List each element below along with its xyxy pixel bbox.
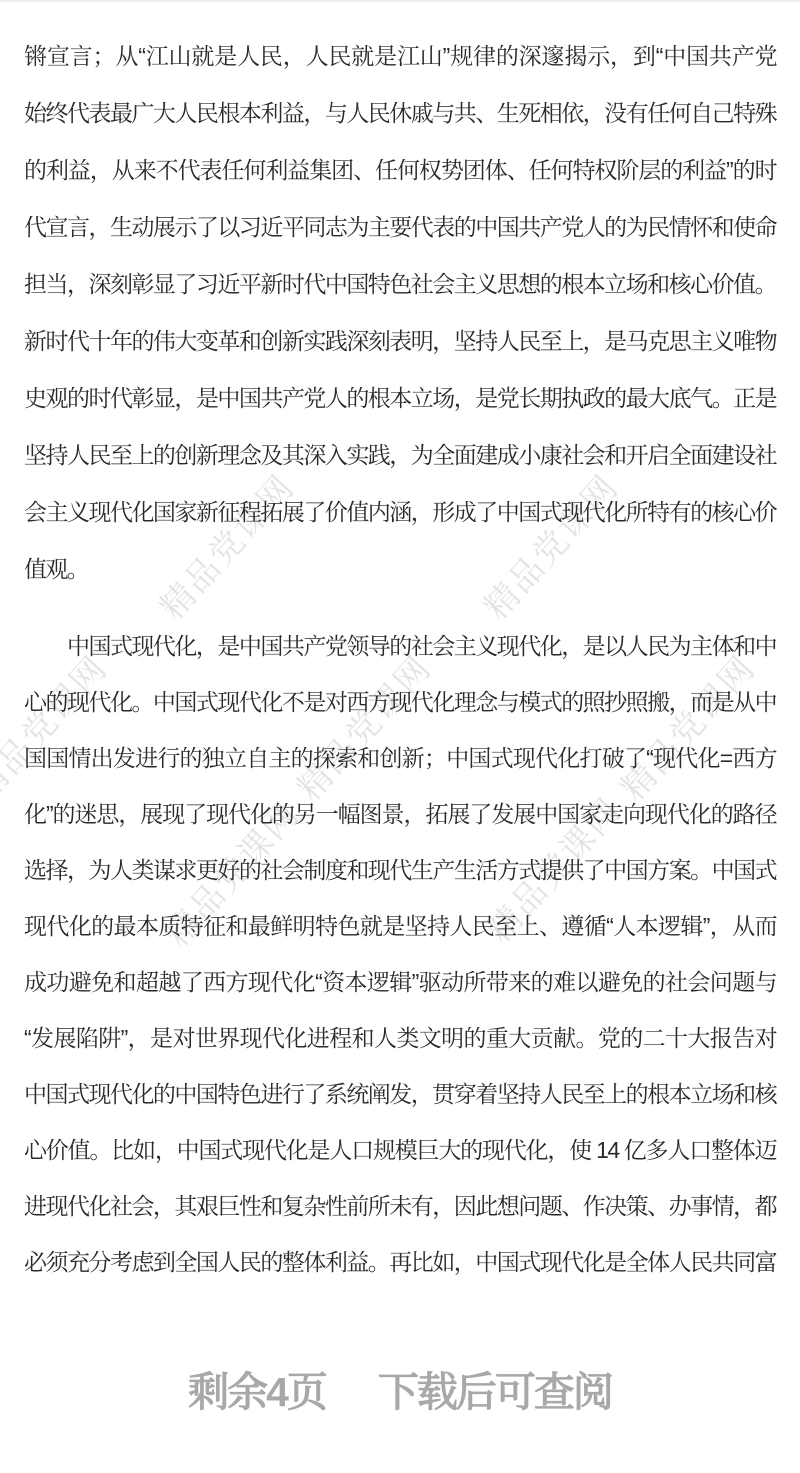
text-line: 现代化的最本质特征和最鲜明特色就是坚持人民至上、遵循“人本逻辑”，从而 <box>24 898 776 954</box>
text-line: 担当，深刻彰显了习近平新时代中国特色社会主义思想的根本立场和核心价值。 <box>24 256 776 313</box>
text-line: 必须充分考虑到全国人民的整体利益。再比如，中国式现代化是全体人民共同富 <box>24 1234 776 1290</box>
text-line: 会主义现代化国家新征程拓展了价值内涵，形成了中国式现代化所特有的核心价 <box>24 484 776 541</box>
remaining-pages-notice: 剩余4页 下载后可查阅 <box>0 1366 800 1418</box>
page-top-border <box>0 0 800 2</box>
text-line: 化”的迷思，展现了现代化的另一幅图景，拓展了发展中国家走向现代化的路径 <box>24 786 776 842</box>
paragraph-2: 中国式现代化，是中国共产党领导的社会主义现代化，是以人民为主体和中心的现代化。中… <box>24 618 776 1290</box>
download-hint-label: 下载后可查阅 <box>378 1366 612 1418</box>
text-line: “发展陷阱”，是对世界现代化进程和人类文明的重大贡献。党的二十大报告对 <box>24 1010 776 1066</box>
text-line: 心价值。比如，中国式现代化是人口规模巨大的现代化，使 14 亿多人口整体迈 <box>24 1122 776 1178</box>
text-line: 新时代十年的伟大变革和创新实践深刻表明，坚持人民至上，是马克思主义唯物 <box>24 313 776 370</box>
text-line: 中国式现代化的中国特色进行了系统阐发，贯穿着坚持人民至上的根本立场和核 <box>24 1066 776 1122</box>
text-line: 代宣言，生动展示了以习近平同志为主要代表的中国共产党人的为民情怀和使命 <box>24 199 776 256</box>
text-line: 的利益，从来不代表任何利益集团、任何权势团体、任何特权阶层的利益”的时 <box>24 142 776 199</box>
text-line: 史观的时代彰显，是中国共产党人的根本立场，是党长期执政的最大底气。正是 <box>24 370 776 427</box>
text-line: 心的现代化。中国式现代化不是对西方现代化理念与模式的照抄照搬，而是从中 <box>24 674 776 730</box>
text-line: 锵宣言；从“江山就是人民，人民就是江山”规律的深邃揭示，到“中国共产党 <box>24 28 776 85</box>
text-line: 进现代化社会，其艰巨性和复杂性前所未有，因此想问题、作决策、办事情，都 <box>24 1178 776 1234</box>
document-page: 精品党课网精品党课网精品党课网精品党课网精品党课网精品党课网精品党课网 锵宣言；… <box>0 0 800 1473</box>
text-line: 选择，为人类谋求更好的社会制度和现代生产生活方式提供了中国方案。中国式 <box>24 842 776 898</box>
text-line: 值观。 <box>24 541 776 598</box>
paragraph-1: 锵宣言；从“江山就是人民，人民就是江山”规律的深邃揭示，到“中国共产党始终代表最… <box>24 28 776 598</box>
text-line: 国国情出发进行的独立自主的探索和创新；中国式现代化打破了“现代化=西方 <box>24 730 776 786</box>
text-line: 坚持人民至上的创新理念及其深入实践，为全面建成小康社会和开启全面建设社 <box>24 427 776 484</box>
text-line: 中国式现代化，是中国共产党领导的社会主义现代化，是以人民为主体和中 <box>24 618 776 674</box>
text-line: 始终代表最广大人民根本利益，与人民休戚与共、生死相依，没有任何自己特殊 <box>24 85 776 142</box>
remaining-pages-label: 剩余4页 <box>188 1366 326 1418</box>
text-line: 成功避免和超越了西方现代化“资本逻辑”驱动所带来的难以避免的社会问题与 <box>24 954 776 1010</box>
